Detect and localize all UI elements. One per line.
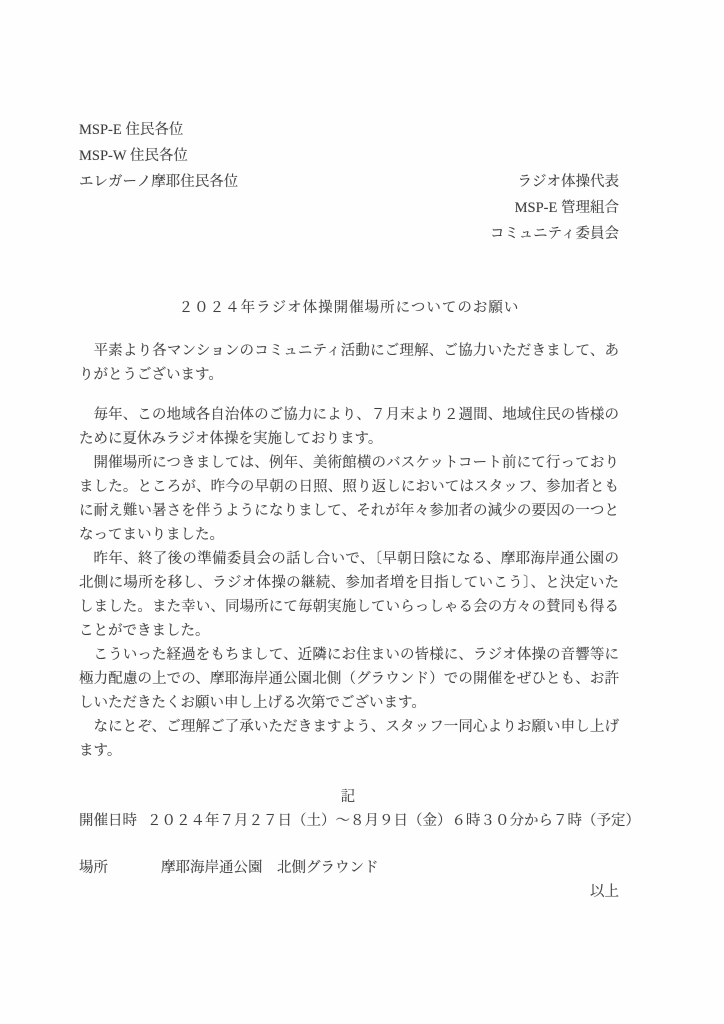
body-paragraph: 昨年、終了後の準備委員会の話し合いで、〔早朝日陰になる、摩耶海岸通公園の北側に場… xyxy=(79,547,619,643)
document-content: MSP-E 住民各位 MSP-W 住民各位 エレガーノ摩耶住民各位 ラジオ体操代… xyxy=(79,0,619,904)
notice-marker: 記 xyxy=(79,785,619,809)
notice-row-datetime: 開催日時 ２０２４年７月２７日（土）～８月９日（金）６時３０分から７時（予定） xyxy=(79,809,619,833)
notice-datetime-value: ２０２４年７月２７日（土）～８月９日（金）６時３０分から７時（予定） xyxy=(147,809,640,833)
sender-line: MSP-E 管理組合 xyxy=(79,195,619,221)
document-title: ２０２４年ラジオ体操開催場所についてのお願い xyxy=(79,295,619,321)
body-paragraph: 毎年、この地域各自治体のご協力により、７月末より２週間、地域住民の皆様のために夏… xyxy=(79,403,619,451)
recipient-line: MSP-W 住民各位 xyxy=(79,143,619,169)
notice-location-label: 場所 xyxy=(79,856,147,880)
body-paragraph: こういった経過をもちまして、近隣にお住まいの皆様に、ラジオ体操の音響等に極力配慮… xyxy=(79,643,619,715)
notice-datetime-label: 開催日時 xyxy=(79,809,147,833)
document-page: MSP-E 住民各位 MSP-W 住民各位 エレガーノ摩耶住民各位 ラジオ体操代… xyxy=(0,0,724,1024)
address-block: MSP-E 住民各位 MSP-W 住民各位 エレガーノ摩耶住民各位 ラジオ体操代… xyxy=(79,0,619,247)
body-paragraph: なにとぞ、ご理解ご了承いただきますよう、スタッフ一同心よりお願い申し上げます。 xyxy=(79,715,619,763)
body-paragraph: 平素より各マンションのコミュニティ活動にご理解、ご協力いただきまして、ありがとう… xyxy=(79,339,619,387)
notice-location-value: 摩耶海岸通公園 北側グラウンド xyxy=(147,856,619,880)
notice-row-location: 場所 摩耶海岸通公園 北側グラウンド xyxy=(79,856,619,880)
recipient-line: MSP-E 住民各位 xyxy=(79,117,619,143)
closing-mark: 以上 xyxy=(79,880,619,904)
body-paragraph: 開催場所につきましては、例年、美術館横のバスケットコート前にて行っておりました。… xyxy=(79,451,619,547)
sender-line: コミュニティ委員会 xyxy=(79,221,619,247)
